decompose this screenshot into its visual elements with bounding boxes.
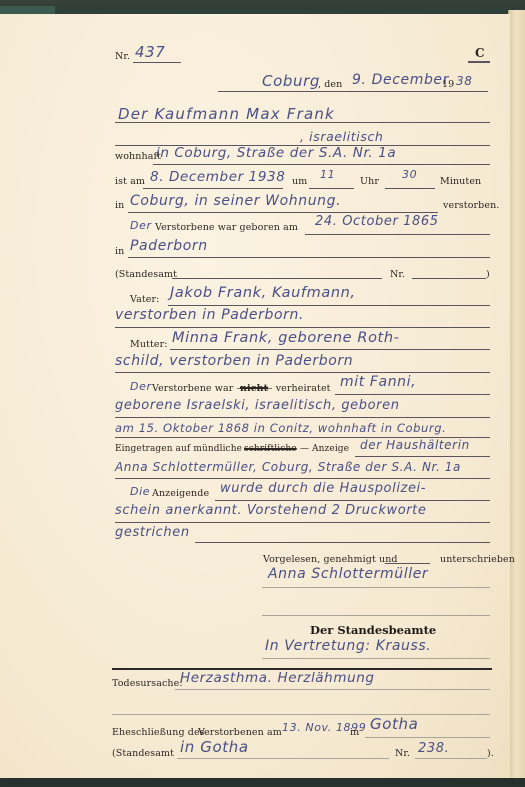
informant-note-line1: wurde durch die Hauspolizei-	[220, 481, 426, 496]
residence: in Coburg, Straße der S.A. Nr. 1a	[156, 145, 396, 161]
cause-of-death: Herzasthma. Herzlähmung	[180, 670, 375, 686]
rule	[168, 305, 490, 306]
read-approved-label: Vorgelesen, genehmigt und	[263, 554, 398, 565]
rule	[385, 563, 430, 564]
birth-place: Paderborn	[130, 238, 208, 254]
rule	[305, 234, 490, 235]
married-label: Verstorbene war —	[152, 383, 246, 394]
married-prefix: Der	[130, 380, 152, 393]
rule	[170, 349, 490, 350]
spouse-line1: mit Fanni,	[340, 374, 416, 390]
rule	[175, 689, 490, 690]
register-page: Nr. 437 C Coburg , den 9. December 19 38…	[0, 14, 510, 778]
rule	[355, 456, 490, 457]
informant-line1: der Haushälterin	[360, 438, 470, 452]
rule	[385, 188, 435, 189]
registrar-signature: In Vertretung: Krauss.	[265, 638, 431, 654]
birth-date: 24. October 1865	[315, 214, 439, 229]
cause-label: Todesursache:	[112, 678, 183, 689]
informant-signature: Anna Schlottermüller	[268, 566, 428, 582]
place: Coburg	[262, 72, 320, 90]
marriage-label2: Verstorbenen am	[198, 727, 282, 738]
informant-label: Anzeigende	[152, 488, 209, 499]
marriage-nr-label: Nr.	[395, 748, 410, 759]
residence-label: wohnhaft	[115, 151, 161, 162]
marriage-nr: 238.	[418, 741, 449, 756]
died-on-label: ist am	[115, 176, 145, 187]
father-line1: Jakob Frank, Kaufmann,	[170, 285, 356, 301]
rule	[468, 61, 490, 63]
scan-background: Nr. 437 C Coburg , den 9. December 19 38…	[0, 0, 525, 787]
informant-note-line3: gestrichen	[115, 525, 190, 540]
spine-label	[0, 6, 55, 14]
spouse-line2: geborene Israelski, israelitisch, gebore…	[115, 398, 400, 413]
rule	[262, 615, 490, 616]
rule	[115, 372, 490, 373]
rule	[128, 212, 438, 213]
in-label: in	[115, 200, 124, 211]
section-letter: C	[475, 46, 485, 60]
rule	[335, 394, 490, 395]
rule	[153, 164, 490, 165]
mother-line1: Minna Frank, geborene Roth-	[172, 330, 399, 346]
rule	[412, 278, 486, 279]
informant-line2: Anna Schlottermüller, Coburg, Straße der…	[115, 460, 461, 474]
mother-label: Mutter:	[130, 339, 168, 350]
rule	[215, 500, 490, 501]
rule	[415, 758, 487, 759]
death-minutes: 30	[402, 168, 417, 181]
marriage-in-label: in	[350, 727, 359, 738]
register-number: 437	[135, 43, 165, 61]
rule	[143, 188, 283, 189]
book-bottom-edge	[0, 778, 525, 787]
spouse-line3: am 15. Oktober 1868 in Conitz, wohnhaft …	[115, 421, 446, 435]
um-label: um	[292, 176, 307, 187]
rule	[115, 327, 490, 328]
rule	[262, 658, 490, 659]
rule	[309, 188, 354, 189]
death-place: Coburg, in seiner Wohnung.	[130, 193, 341, 209]
date-connector: , den	[318, 79, 342, 90]
informant-note-line2: schein anerkannt. Vorstehend 2 Druckwort…	[115, 503, 426, 518]
father-line2: verstorben in Paderborn.	[115, 307, 304, 323]
rule	[365, 737, 490, 738]
entered-label: Eingetragen auf mündliche —	[115, 444, 254, 454]
rule	[112, 714, 490, 715]
informant-prefix: Die	[130, 485, 150, 498]
rule	[115, 478, 490, 479]
rule	[128, 257, 490, 258]
deceased-name: Der Kaufmann Max Frank	[118, 105, 335, 123]
next-page-edge	[508, 10, 525, 780]
minuten-label: Minuten	[440, 176, 481, 187]
register-number-label: Nr.	[115, 51, 130, 62]
marriage-standesamt: in Gotha	[180, 738, 249, 756]
father-label: Vater:	[130, 294, 159, 305]
death-date: 8. December 1938	[150, 169, 285, 185]
marriage-close: ).	[487, 748, 494, 759]
death-hour: 11	[320, 168, 335, 181]
birth-in-label: in	[115, 246, 124, 257]
entered-label2: — Anzeige	[300, 444, 349, 454]
born-label: Verstorbene war geboren am	[155, 222, 298, 233]
rule	[177, 758, 389, 759]
marriage-standesamt-label: (Standesamt	[112, 748, 174, 759]
registrar-title: Der Standesbeamte	[310, 623, 436, 637]
rule	[115, 522, 490, 523]
book-top-edge	[0, 0, 525, 14]
rule	[218, 91, 488, 92]
verstorben-label: verstorben.	[443, 200, 499, 211]
standesamt-close: )	[486, 269, 490, 280]
standesamt-label: (Standesamt	[115, 269, 177, 280]
rule	[115, 417, 490, 418]
entered-strike: schriftliche	[244, 444, 297, 454]
religion: , israelitisch	[300, 129, 383, 144]
standesamt-nr-label: Nr.	[390, 269, 405, 280]
signed-label: unterschrieben	[440, 554, 515, 565]
date-day-month: 9. December	[352, 72, 449, 88]
date-year-prefix: 19	[442, 79, 454, 90]
rule	[262, 587, 490, 588]
marriage-place: Gotha	[370, 715, 418, 733]
der-handwritten: Der	[130, 219, 152, 232]
date-year-suffix: 38	[456, 74, 472, 88]
mother-line2: schild, verstorben in Paderborn	[115, 353, 353, 369]
married-label2: — verheiratet	[263, 383, 331, 394]
rule	[172, 278, 382, 279]
marriage-label: Eheschließung des	[112, 727, 205, 738]
rule	[133, 62, 181, 63]
rule	[115, 122, 490, 123]
rule	[195, 542, 490, 543]
uhr-label: Uhr	[360, 176, 379, 187]
